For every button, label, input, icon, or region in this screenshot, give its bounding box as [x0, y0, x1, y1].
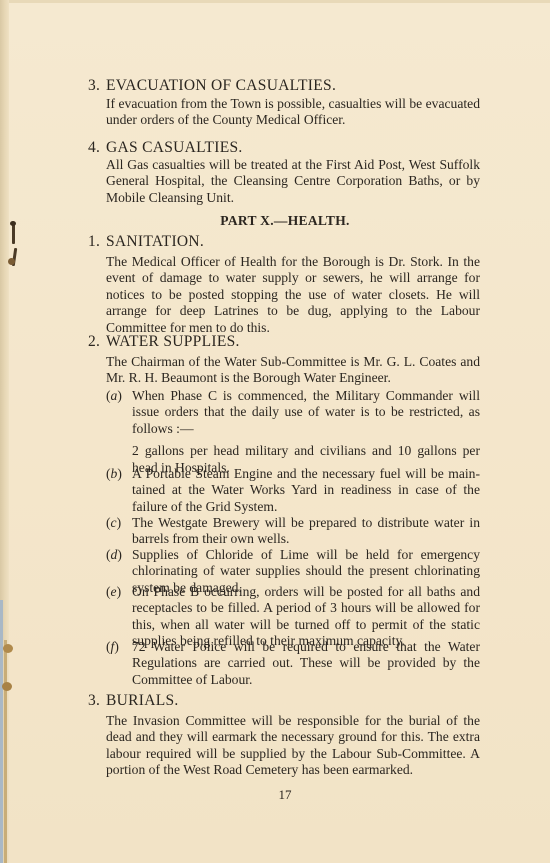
section-number: 2.	[88, 333, 106, 351]
stitch-knot-lower-2	[2, 682, 12, 691]
section-heading-water-supplies: 2.WATER SUPPLIES.	[88, 333, 240, 351]
water-item-c: (c) The Westgate Brewery will be prepare…	[106, 515, 480, 548]
section-title: SANITATION.	[106, 233, 204, 250]
item-marker: (d)	[106, 547, 132, 563]
stitch-knot-upper-1	[10, 221, 16, 226]
section-heading-evacuation: 3.EVACUATION OF CASUALTIES.	[88, 77, 336, 95]
binding-shadow	[0, 600, 3, 863]
section-body-sanitation: The Medical Officer of Health for the Bo…	[106, 254, 480, 336]
item-marker: (b)	[106, 466, 132, 482]
stitch-knot-lower-1	[3, 644, 13, 653]
page-number: 17	[88, 787, 482, 803]
section-number: 3.	[88, 692, 106, 710]
section-title: GAS CASUALTIES.	[106, 139, 243, 156]
item-marker: (a)	[106, 388, 132, 404]
item-text: The Westgate Brewery will be prepared to…	[132, 515, 480, 548]
water-item-f: (f) 72 Water Police will be required to …	[106, 639, 480, 688]
section-body-gas-casualties: All Gas casualties will be treated at th…	[106, 157, 480, 206]
page-top-edge	[0, 0, 550, 3]
section-title: WATER SUPPLIES.	[106, 333, 240, 350]
section-number: 4.	[88, 139, 106, 157]
item-text: 72 Water Police will be required to ensu…	[132, 639, 480, 688]
item-text: A Portable Steam Engine and the necessar…	[132, 466, 480, 515]
document-page: 3.EVACUATION OF CASUALTIES. If evacuatio…	[0, 0, 550, 863]
section-title: EVACUATION OF CASUALTIES.	[106, 77, 336, 94]
section-heading-sanitation: 1.SANITATION.	[88, 233, 204, 251]
item-text: When Phase C is commenced, the Military …	[132, 388, 480, 437]
binding-thread	[4, 640, 7, 863]
section-number: 3.	[88, 77, 106, 95]
section-title: BURIALS.	[106, 692, 179, 709]
section-heading-burials: 3.BURIALS.	[88, 692, 179, 710]
section-body-water-supplies: The Chairman of the Water Sub-Committee …	[106, 354, 480, 387]
water-item-b: (b) A Portable Steam Engine and the nece…	[106, 466, 480, 515]
item-marker: (f)	[106, 639, 132, 655]
part-title: PART X.—HEALTH.	[88, 213, 482, 229]
item-marker: (c)	[106, 515, 132, 531]
water-item-a: (a) When Phase C is commenced, the Milit…	[106, 388, 480, 476]
section-body-evacuation: If evacuation from the Town is possible,…	[106, 96, 480, 129]
section-heading-gas-casualties: 4.GAS CASUALTIES.	[88, 139, 243, 157]
section-number: 1.	[88, 233, 106, 251]
item-marker: (e)	[106, 584, 132, 600]
stitch-knot-upper-2	[8, 258, 15, 265]
section-body-burials: The Invasion Committee will be responsib…	[106, 713, 480, 779]
